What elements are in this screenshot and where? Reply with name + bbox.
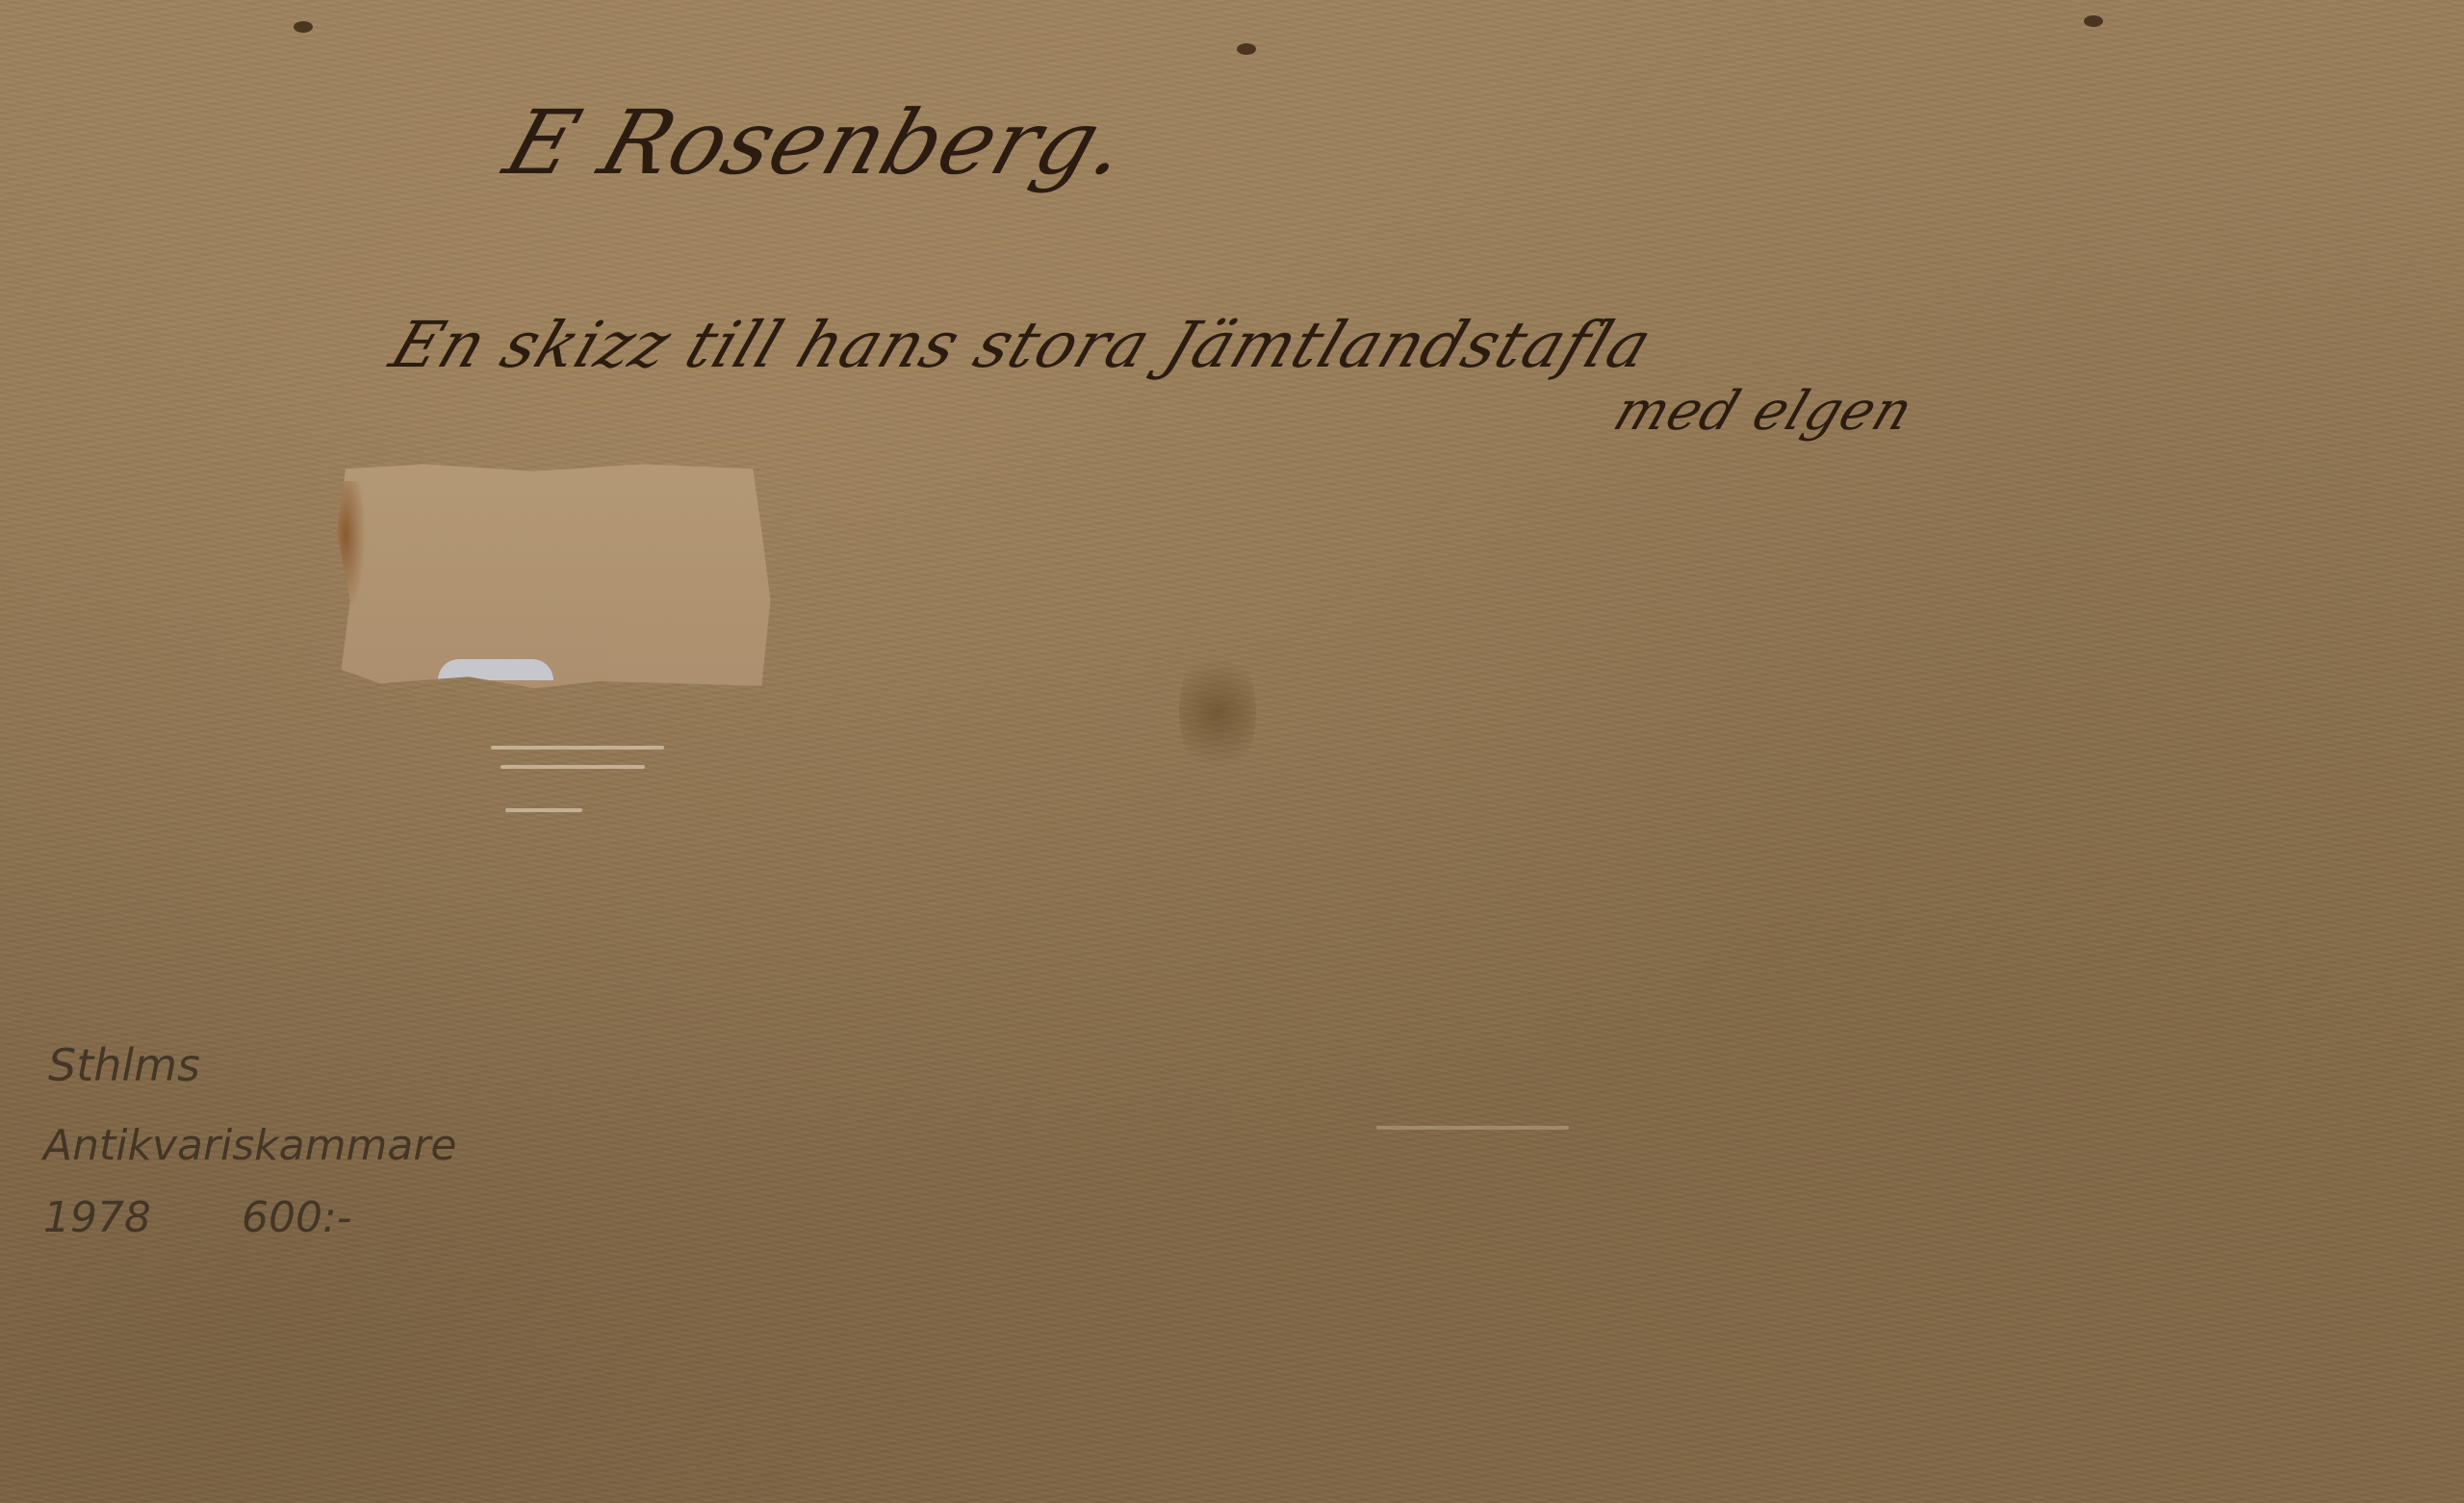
scratch-mark (1376, 1126, 1569, 1130)
nail-mark (1237, 43, 1256, 55)
glue-residue (337, 481, 366, 616)
nail-mark (294, 21, 313, 33)
pencil-note-year-price: 1978 600:- (43, 1193, 352, 1242)
pencil-note-city: Sthlms (48, 1039, 200, 1091)
scratch-mark (500, 765, 645, 769)
pencil-note-year: 1978 (43, 1193, 151, 1242)
pencil-note-price: 600:- (242, 1193, 352, 1242)
artist-signature: E Rosenberg. (494, 91, 1142, 194)
pencil-note-dealer: Antikvariskammare (43, 1121, 456, 1170)
description-inscription-line1: En skizz till hans stora Jämtlandstafla (381, 308, 1662, 382)
scratch-mark (505, 808, 582, 812)
stain-mark (1179, 645, 1256, 779)
description-inscription-line2: med elgen (1605, 380, 1922, 443)
nail-mark (2084, 15, 2103, 27)
painting-back-board: E Rosenberg. En skizz till hans stora Jä… (0, 0, 2464, 1503)
label-tear-gap (438, 659, 553, 680)
scratch-mark (491, 746, 664, 750)
torn-label-remnant (337, 462, 775, 693)
